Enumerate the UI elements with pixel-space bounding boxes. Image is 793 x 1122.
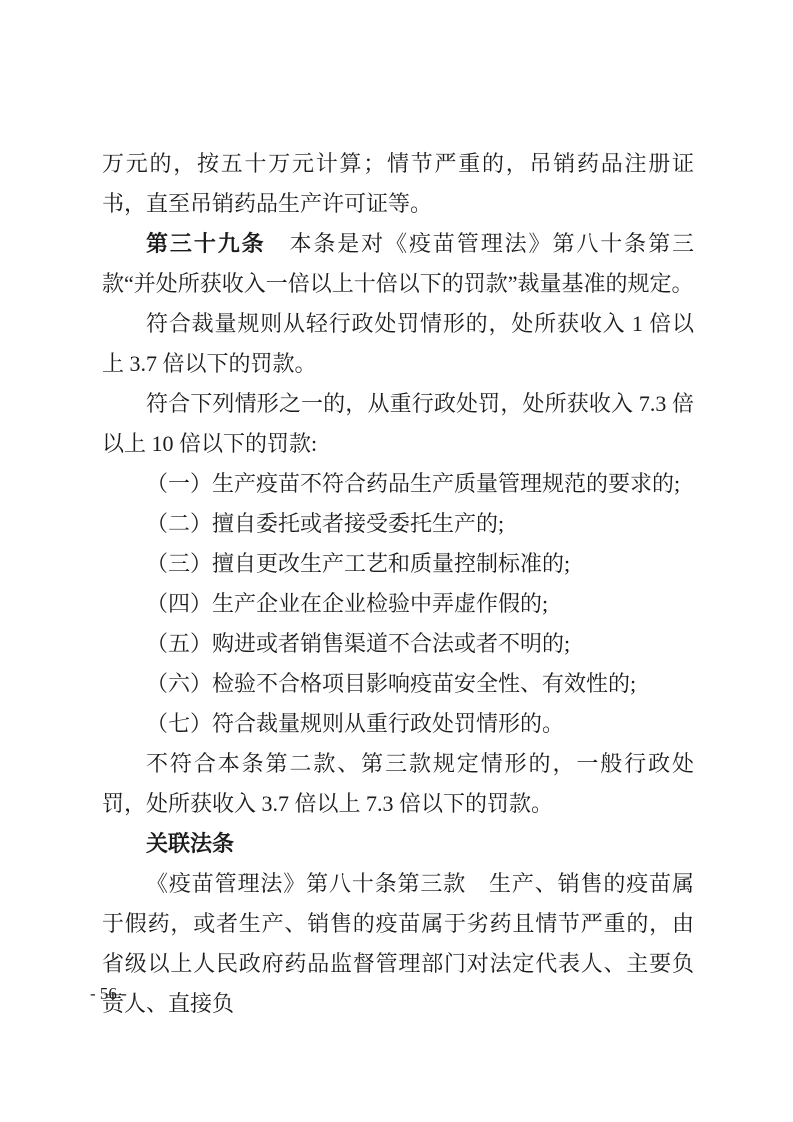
list-item-4: （四）生产企业在企业检验中弄虚作假的; [102,584,694,624]
list-item-5: （五）购进或者销售渠道不合法或者不明的; [102,624,694,664]
document-page: 万元的，按五十万元计算；情节严重的，吊销药品注册证书，直至吊销药品生产许可证等。… [0,0,793,1122]
list-item-2: （二）擅自委托或者接受委托生产的; [102,504,694,544]
list-item-7: （七）符合裁量规则从重行政处罚情形的。 [102,704,694,744]
list-item-6: （六）检验不合格项目影响疫苗安全性、有效性的; [102,664,694,704]
paragraph-article-39: 第三十九条 本条是对《疫苗管理法》第八十条第三款“并处所获收入一倍以上十倍以下的… [102,224,694,304]
paragraph-continuation: 万元的，按五十万元计算；情节严重的，吊销药品注册证书，直至吊销药品生产许可证等。 [102,144,694,224]
paragraph-law-quote: 《疫苗管理法》第八十条第三款 生产、销售的疫苗属于假药，或者生产、销售的疫苗属于… [102,864,694,1024]
article-number-label: 第三十九条 [146,231,266,256]
paragraph-mitigated-penalty: 符合裁量规则从轻行政处罚情形的，处所获收入 1 倍以上 3.7 倍以下的罚款。 [102,304,694,384]
heading-related-laws: 关联法条 [102,824,694,864]
paragraph-general-penalty: 不符合本条第二款、第三款规定情形的，一般行政处罚，处所获收入 3.7 倍以上 7… [102,744,694,824]
page-number: - 56 - [90,983,127,1005]
list-item-1: （一）生产疫苗不符合药品生产质量管理规范的要求的; [102,464,694,504]
list-item-3: （三）擅自更改生产工艺和质量控制标准的; [102,544,694,584]
paragraph-aggravated-penalty-intro: 符合下列情形之一的，从重行政处罚，处所获收入 7.3 倍以上 10 倍以下的罚款… [102,384,694,464]
document-body: 万元的，按五十万元计算；情节严重的，吊销药品注册证书，直至吊销药品生产许可证等。… [102,144,694,1024]
